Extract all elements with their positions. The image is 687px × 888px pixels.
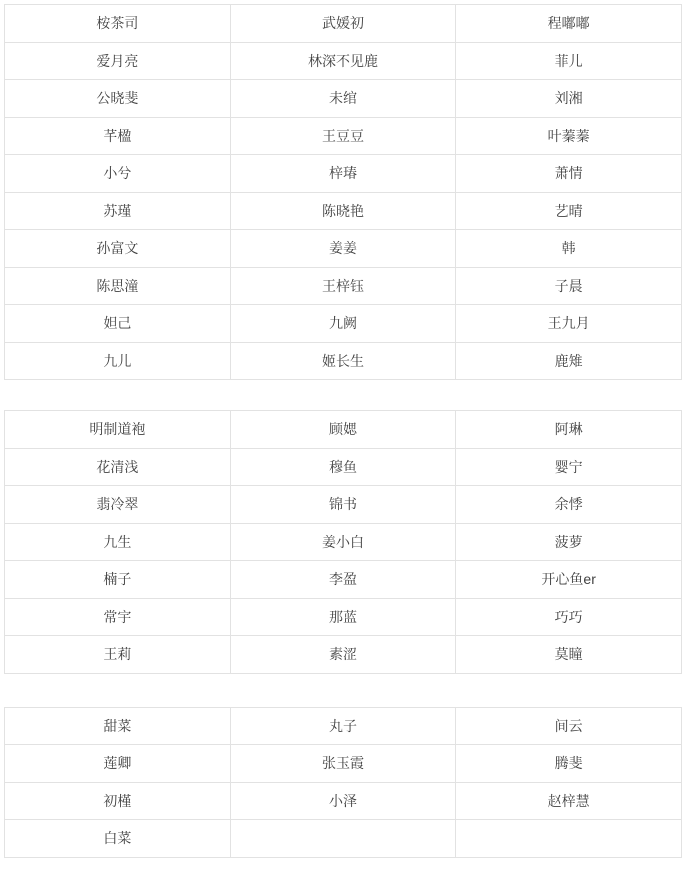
name-cell: 甜菜 bbox=[5, 707, 231, 745]
name-cell: 素涩 bbox=[230, 636, 456, 674]
name-cell: 鹿雉 bbox=[456, 342, 682, 380]
name-cell: 张玉霞 bbox=[230, 745, 456, 783]
name-cell: 巧巧 bbox=[456, 598, 682, 636]
name-cell: 叶蓁蓁 bbox=[456, 117, 682, 155]
name-cell: 王梓钰 bbox=[230, 267, 456, 305]
name-cell: 刘湘 bbox=[456, 80, 682, 118]
name-cell: 孙富文 bbox=[5, 230, 231, 268]
name-cell: 九阙 bbox=[230, 305, 456, 343]
name-cell: 子晨 bbox=[456, 267, 682, 305]
table-row: 莲卿张玉霞腾斐 bbox=[5, 745, 682, 783]
name-cell: 阿琳 bbox=[456, 411, 682, 449]
name-table-3: 甜菜丸子间云莲卿张玉霞腾斐初槿小泽赵梓慧白菜 bbox=[4, 707, 682, 858]
name-cell: 萧情 bbox=[456, 155, 682, 193]
table-row: 明制道袍顾媤阿琳 bbox=[5, 411, 682, 449]
name-cell: 小兮 bbox=[5, 155, 231, 193]
table-row: 翡冷翠锦书余悸 bbox=[5, 486, 682, 524]
name-cell: 艺晴 bbox=[456, 192, 682, 230]
name-cell: 小泽 bbox=[230, 782, 456, 820]
name-cell: 初槿 bbox=[5, 782, 231, 820]
name-cell: 翡冷翠 bbox=[5, 486, 231, 524]
name-cell: 花清浅 bbox=[5, 448, 231, 486]
name-cell: 常宇 bbox=[5, 598, 231, 636]
name-cell: 公晓斐 bbox=[5, 80, 231, 118]
name-table-1: 桉茶司武媛初程嘟嘟爱月亮林深不见鹿菲儿公晓斐未绾刘湘芊楹王豆豆叶蓁蓁小兮梓瑃萧情… bbox=[4, 4, 682, 380]
table-row: 初槿小泽赵梓慧 bbox=[5, 782, 682, 820]
name-cell: 武媛初 bbox=[230, 5, 456, 43]
name-cell: 莲卿 bbox=[5, 745, 231, 783]
table-row: 常宇那蓝巧巧 bbox=[5, 598, 682, 636]
name-cell: 腾斐 bbox=[456, 745, 682, 783]
name-cell: 婴宁 bbox=[456, 448, 682, 486]
table-row: 甜菜丸子间云 bbox=[5, 707, 682, 745]
table-row: 妲己九阙王九月 bbox=[5, 305, 682, 343]
name-cell: 林深不见鹿 bbox=[230, 42, 456, 80]
name-cell bbox=[456, 820, 682, 858]
table-row: 九儿姬长生鹿雉 bbox=[5, 342, 682, 380]
name-cell: 陈思潼 bbox=[5, 267, 231, 305]
table-row: 白菜 bbox=[5, 820, 682, 858]
name-cell: 锦书 bbox=[230, 486, 456, 524]
name-cell: 未绾 bbox=[230, 80, 456, 118]
name-cell: 梓瑃 bbox=[230, 155, 456, 193]
name-cell: 李盈 bbox=[230, 561, 456, 599]
table-row: 爱月亮林深不见鹿菲儿 bbox=[5, 42, 682, 80]
name-cell: 苏瑾 bbox=[5, 192, 231, 230]
name-cell: 莫瞳 bbox=[456, 636, 682, 674]
name-cell: 菠萝 bbox=[456, 523, 682, 561]
name-cell: 姜姜 bbox=[230, 230, 456, 268]
name-cell: 芊楹 bbox=[5, 117, 231, 155]
name-cell: 王莉 bbox=[5, 636, 231, 674]
table-row: 花清浅穆鱼婴宁 bbox=[5, 448, 682, 486]
name-cell: 韩 bbox=[456, 230, 682, 268]
table-row: 九生姜小白菠萝 bbox=[5, 523, 682, 561]
table-row: 苏瑾陈晓艳艺晴 bbox=[5, 192, 682, 230]
name-table-2: 明制道袍顾媤阿琳花清浅穆鱼婴宁翡冷翠锦书余悸九生姜小白菠萝楠子李盈开心鱼er常宇… bbox=[4, 410, 682, 674]
table-row: 芊楹王豆豆叶蓁蓁 bbox=[5, 117, 682, 155]
name-cell: 程嘟嘟 bbox=[456, 5, 682, 43]
table-row: 小兮梓瑃萧情 bbox=[5, 155, 682, 193]
name-cell: 穆鱼 bbox=[230, 448, 456, 486]
table-row: 陈思潼王梓钰子晨 bbox=[5, 267, 682, 305]
name-cell: 那蓝 bbox=[230, 598, 456, 636]
page: 桉茶司武媛初程嘟嘟爱月亮林深不见鹿菲儿公晓斐未绾刘湘芊楹王豆豆叶蓁蓁小兮梓瑃萧情… bbox=[0, 0, 687, 868]
name-cell: 九儿 bbox=[5, 342, 231, 380]
name-cell: 爱月亮 bbox=[5, 42, 231, 80]
table-row: 楠子李盈开心鱼er bbox=[5, 561, 682, 599]
name-cell: 赵梓慧 bbox=[456, 782, 682, 820]
name-cell: 顾媤 bbox=[230, 411, 456, 449]
name-cell: 桉茶司 bbox=[5, 5, 231, 43]
name-cell: 陈晓艳 bbox=[230, 192, 456, 230]
name-cell: 开心鱼er bbox=[456, 561, 682, 599]
name-cell: 丸子 bbox=[230, 707, 456, 745]
table-row: 桉茶司武媛初程嘟嘟 bbox=[5, 5, 682, 43]
table-row: 王莉素涩莫瞳 bbox=[5, 636, 682, 674]
name-cell: 楠子 bbox=[5, 561, 231, 599]
table-gap bbox=[4, 674, 682, 707]
name-cell: 王九月 bbox=[456, 305, 682, 343]
table-row: 公晓斐未绾刘湘 bbox=[5, 80, 682, 118]
name-cell: 菲儿 bbox=[456, 42, 682, 80]
name-cell bbox=[230, 820, 456, 858]
name-cell: 姬长生 bbox=[230, 342, 456, 380]
name-cell: 余悸 bbox=[456, 486, 682, 524]
name-cell: 明制道袍 bbox=[5, 411, 231, 449]
name-cell: 九生 bbox=[5, 523, 231, 561]
name-cell: 间云 bbox=[456, 707, 682, 745]
table-row: 孙富文姜姜韩 bbox=[5, 230, 682, 268]
table-gap bbox=[4, 380, 682, 410]
name-cell: 姜小白 bbox=[230, 523, 456, 561]
name-cell: 白菜 bbox=[5, 820, 231, 858]
name-cell: 王豆豆 bbox=[230, 117, 456, 155]
name-cell: 妲己 bbox=[5, 305, 231, 343]
